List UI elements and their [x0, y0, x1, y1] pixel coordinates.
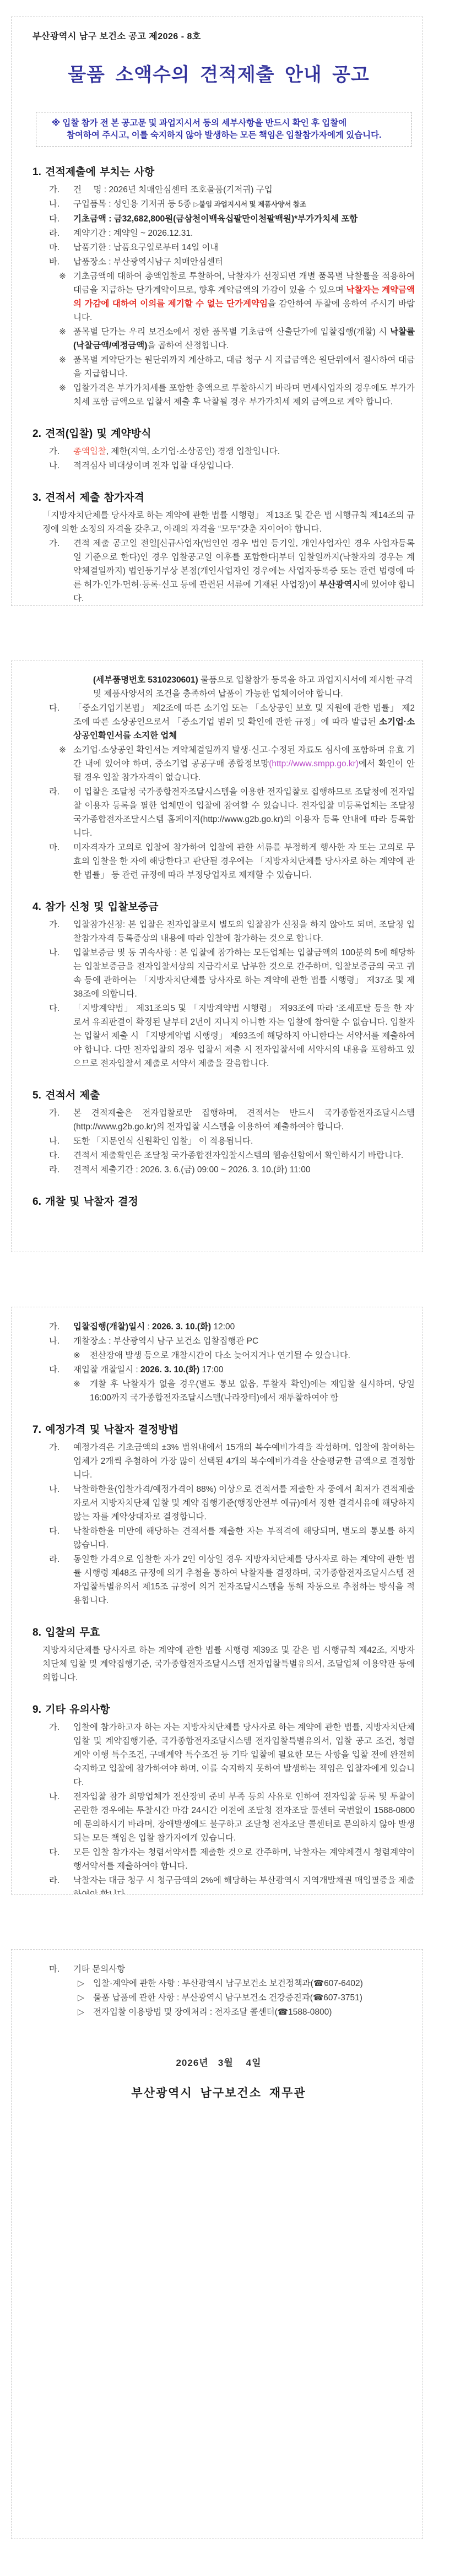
- signer-line: 부산광역시 남구보건소 재무관: [23, 2084, 415, 2101]
- list-item: ※품목별 계약단가는 원단위까지 계산하고, 대금 청구 시 지급금액은 원단위…: [23, 353, 415, 381]
- text-segment: 낙찰하한율 미만에 해당하는 견적서를 제출한 자는 부적격에 해당되며, 별도…: [73, 1527, 415, 1550]
- item-label: 라.: [49, 1163, 59, 1177]
- list-item: 나.전자입찰 참가 희망업체가 전산장비 준비 부족 등의 사유로 인하여 전자…: [23, 1790, 415, 1845]
- page-2: (세부품명번호 5310230601) 물품으로 입찰참가 등록을 하고 과업지…: [11, 661, 423, 1252]
- item-label: 나.: [49, 1482, 59, 1496]
- text-segment: 「지방자치단체를 당사자로 하는 계약에 관한 법률 시행령」 제13조 및 같…: [42, 511, 415, 534]
- page-3: 가.입찰집행(개찰)일시 : 2026. 3. 10.(화) 12:00나.개찰…: [11, 1307, 423, 1895]
- text-segment: 재입찰 개찰일시 :: [73, 1365, 140, 1374]
- list-item: ※품목별 단가는 우리 보건소에서 정한 품목별 기초금액 산출단가에 입찰집행…: [23, 325, 415, 353]
- text-segment: 본 견적제출은 전자입찰로만 집행하며, 견적서는 반드시 국가종합전자조달시스…: [73, 1108, 415, 1132]
- text-segment: 입찰·계약에 관한 사항 : 부산광역시 남구보건소 보건정책과(☎607-64…: [93, 1979, 363, 1988]
- list-item: 가.입찰참가신청: 본 입찰은 전자입찰로서 별도의 입찰참가 신청을 하지 않…: [23, 918, 415, 945]
- text-segment: 적격심사 비대상이며 전자 입찰 대상입니다.: [73, 461, 234, 470]
- text-segment: 입찰보증금 및 동 귀속사항 : 본 입찰에 참가하는 모든업체는 입찰금액의 …: [73, 948, 415, 999]
- text-segment: 전산장애 발생 등으로 개찰시간이 다소 늦어지거나 연기될 수 있습니다.: [90, 1351, 350, 1360]
- text-segment: 물품 납품에 관한 사항 : 부산광역시 남구보건소 건강증진과(☎607-37…: [93, 1993, 362, 2003]
- item-label: 다.: [49, 701, 59, 715]
- spacer: [23, 2020, 415, 2030]
- item-label: ※: [59, 381, 66, 395]
- item-label: ▷: [78, 2005, 84, 2019]
- list-item: ※입찰가격은 부가가치세를 포함한 총액으로 투찰하시기 바라며 면세사업자의 …: [23, 381, 415, 409]
- item-label: 나.: [49, 1134, 59, 1148]
- list-item: 다.「중소기업기본법」 제2조에 따른 소기업 또는 「소상공인 보호 및 지원…: [23, 701, 415, 743]
- paragraph: 「지방자치단체를 당사자로 하는 계약에 관한 법률 시행령」 제13조 및 같…: [42, 508, 415, 536]
- list-item: 나.또한 「지문인식 신원확인 입찰」 이 적용됩니다.: [23, 1134, 415, 1148]
- list-item: ▷입찰·계약에 관한 사항 : 부산광역시 남구보건소 보건정책과(☎607-6…: [23, 1977, 415, 1990]
- text-segment: 2026. 3. 10.(화): [152, 1322, 211, 1332]
- section-heading: 6. 개찰 및 낙찰자 결정: [32, 1193, 415, 1208]
- item-label: 라.: [49, 1552, 59, 1566]
- list-item: 라.견적서 제출기간 : 2026. 3. 6.(금) 09:00 ~ 2026…: [23, 1163, 415, 1177]
- item-label: 다.: [49, 1149, 59, 1162]
- list-item: 라.이 입찰은 조달청 국가종합전자조달시스템을 이용한 전자입찰로 집행하므로…: [23, 785, 415, 840]
- text-segment: 입찰집행(개찰)일시: [73, 1322, 145, 1332]
- section-heading: 4. 참가 신청 및 입찰보증금: [32, 899, 415, 913]
- list-item: 나.낙찰하한율(입찰가격/예정가격이 88%) 이상으로 견적서를 제출한 자 …: [23, 1482, 415, 1524]
- notice-line: 참여하여 주시고, 이를 숙지하지 않아 발생하는 모든 책임은 입찰참가자에게…: [52, 129, 403, 142]
- text-segment: 전자입찰 이용방법 및 장애처리 : 전자조달 콜센터(☎1588-0800): [93, 2007, 332, 2017]
- text-segment: 이 입찰은 조달청 국가종합전자조달시스템을 이용한 전자입찰로 집행하므로 조…: [73, 787, 415, 838]
- item-label: ※: [59, 325, 66, 339]
- text-segment: 부산광역시: [319, 580, 360, 589]
- item-label: 다.: [49, 212, 59, 226]
- item-label: 가.: [49, 183, 59, 197]
- item-label: 나.: [49, 1790, 59, 1804]
- text-segment: 을 곱하여 산정합니다.: [147, 341, 229, 350]
- text-segment: 입찰에 참가하고자 하는 자는 지방자치단체를 당사자로 하는 계약에 관한 법…: [73, 1723, 415, 1787]
- item-label: 라.: [49, 1874, 59, 1887]
- text-segment: 12:00: [211, 1322, 235, 1332]
- continued-paragraph: (세부품명번호 5310230601) 물품으로 입찰참가 등록을 하고 과업지…: [23, 673, 415, 701]
- text-segment: 계약기간 : 계약일 ~ 2026.12.31.: [73, 229, 193, 238]
- list-item: 라.동일한 가격으로 입찰한 자가 2인 이상일 경우 지방자치단체를 당사자로…: [23, 1552, 415, 1608]
- list-item: 나.적격심사 비대상이며 전자 입찰 대상입니다.: [23, 459, 415, 473]
- list-item: ▷전자입찰 이용방법 및 장애처리 : 전자조달 콜센터(☎1588-0800): [23, 2005, 415, 2019]
- date-line: 2026년 3월 4일: [23, 2055, 415, 2069]
- text-segment: 총액입찰: [73, 447, 106, 456]
- item-label: 다.: [49, 1524, 59, 1538]
- item-label: 나.: [49, 459, 59, 473]
- list-item: 마.납품기한 : 납품요구일로부터 14일 이내: [23, 241, 415, 255]
- list-item: 가.건 명 : 2026년 치매안심센터 조호물품(기저귀) 구입: [23, 183, 415, 197]
- text-segment: 낙찰하한율(입찰가격/예정가격이 88%) 이상으로 견적서를 제출한 자 중에…: [73, 1485, 415, 1522]
- text-segment: 2026. 3. 10.(화): [140, 1365, 199, 1374]
- text-segment: 또한 「지문인식 신원확인 입찰」 이 적용됩니다.: [73, 1137, 253, 1146]
- list-item: 다.모든 입찰 참가자는 청렴서약서를 제출한 것으로 간주하며, 낙찰자는 계…: [23, 1846, 415, 1873]
- item-label: 가.: [49, 1320, 59, 1334]
- item-label: 나.: [49, 946, 59, 960]
- list-item: 다.기초금액 : 금32,682,800원(금삼천이백육십팔만이천팔백원)*부가…: [23, 212, 415, 226]
- text-segment: (세부품명번호 5310230601): [93, 675, 198, 685]
- list-item: 가.예정가격은 기초금액의 ±3% 범위내에서 15개의 복수예비가격을 작성하…: [23, 1441, 415, 1482]
- text-segment: 예정가격은 기초금액의 ±3% 범위내에서 15개의 복수예비가격을 작성하며,…: [73, 1443, 415, 1480]
- document-title: 물품 소액수의 견적제출 안내 공고: [23, 59, 415, 86]
- item-label: 가.: [49, 918, 59, 932]
- item-label: 가.: [49, 445, 59, 458]
- doc-header-line: 부산광역시 남구 보건소 공고 제2026 - 8호: [32, 29, 415, 42]
- list-item: 다.견적서 제출확인은 조달청 국가종합전자입찰시스템의 웹송신함에서 확인하시…: [23, 1149, 415, 1162]
- list-item: 가.입찰집행(개찰)일시 : 2026. 3. 10.(화) 12:00: [23, 1320, 415, 1334]
- text-segment: 견적서 제출확인은 조달청 국가종합전자입찰시스템의 웹송신함에서 확인하시기 …: [73, 1151, 403, 1160]
- item-label: 라.: [49, 226, 59, 240]
- text-segment: 전자입찰 참가 희망업체가 전산장비 준비 부족 등의 사유로 인하여 전자입찰…: [73, 1792, 415, 1843]
- item-label: 가.: [49, 1720, 59, 1734]
- section-heading: 1. 견적제출에 부치는 사항: [32, 164, 415, 178]
- list-item: 다.재입찰 개찰일시 : 2026. 3. 10.(화) 17:00: [23, 1363, 415, 1377]
- item-label: ※: [59, 743, 66, 757]
- text-segment: ▷붙임 과업지시서 및 제품사양서 참조: [193, 201, 306, 208]
- item-label: 라.: [49, 785, 59, 799]
- paragraph: 지방자치단체를 당사자로 하는 계약에 관한 법률 시행령 제39조 및 같은 …: [42, 1643, 415, 1685]
- list-item: ※개찰 후 낙찰자가 없을 경우(별도 통보 없음, 투찰자 확인)에는 재입찰…: [23, 1377, 415, 1405]
- text-segment: 「지방계약법」 제31조의5 및 「지방계약법 시행령」 제93조에 따라 ‘조…: [73, 1004, 415, 1068]
- item-label: ※: [59, 353, 66, 367]
- item-label: ▷: [78, 1977, 84, 1990]
- announcement-document: 부산광역시 남구 보건소 공고 제2026 - 8호물품 소액수의 견적제출 안…: [0, 17, 455, 2539]
- list-item: 가.본 견적제출은 전자입찰로만 집행하며, 견적서는 반드시 국가종합전자조달…: [23, 1106, 415, 1134]
- text-segment: 입찰참가신청: 본 입찰은 전자입찰로서 별도의 입찰참가 신청을 하지 않아도…: [73, 920, 415, 943]
- text-segment: 품목별 계약단가는 원단위까지 계산하고, 대금 청구 시 지급금액은 원단위에…: [73, 355, 415, 378]
- text-segment: 17:00: [199, 1365, 223, 1374]
- text-segment: 지방자치단체를 당사자로 하는 계약에 관한 법률 시행령 제39조 및 같은 …: [42, 1646, 415, 1682]
- section-heading: 7. 예정가격 및 낙찰자 결정방법: [32, 1421, 415, 1436]
- list-item: ※소기업·소상공인 확인서는 계약체결일까지 발생·신고·수정된 자료도 심사에…: [23, 743, 415, 784]
- item-label: 나.: [49, 197, 59, 211]
- text-segment: :: [145, 1322, 152, 1332]
- item-label: ▷: [78, 1991, 84, 2005]
- list-item: 가.총액입찰, 제한(지역, 소기업·소상공인) 경쟁 입찰입니다.: [23, 445, 415, 458]
- item-label: 가.: [49, 1441, 59, 1454]
- list-item: ▷물품 납품에 관한 사항 : 부산광역시 남구보건소 건강증진과(☎607-3…: [23, 1991, 415, 2005]
- list-item: 마.기타 문의사항: [23, 1962, 415, 1976]
- text-segment: 개찰 후 낙찰자가 없을 경우(별도 통보 없음, 투찰자 확인)에는 재입찰 …: [90, 1379, 415, 1403]
- text-segment: 기초금액 : 금32,682,800원(금삼천이백육십팔만이천팔백원)*부가가치…: [73, 214, 357, 224]
- notice-box: ※ 입찰 참가 전 본 공고문 및 과업지시서 등의 세부사항을 반드시 확인 …: [36, 112, 411, 147]
- text-segment: 모든 입찰 참가자는 청렴서약서를 제출한 것으로 간주하며, 낙찰자는 계약체…: [73, 1848, 415, 1871]
- text-segment: 견적서 제출기간 : 2026. 3. 6.(금) 09:00 ~ 2026. …: [73, 1165, 310, 1175]
- item-label: 다.: [49, 1363, 59, 1377]
- list-item: 다.낙찰하한율 미만에 해당하는 견적서를 제출한 자는 부적격에 해당되며, …: [23, 1524, 415, 1552]
- text-segment: 납품기한 : 납품요구일로부터 14일 이내: [73, 243, 218, 252]
- item-label: ※: [73, 1349, 80, 1362]
- item-label: 가.: [49, 1106, 59, 1120]
- section-heading: 8. 입찰의 무효: [32, 1624, 415, 1639]
- text-segment: 구입품목 : 성인용 기저귀 등 5종: [73, 199, 193, 209]
- list-item: 나.구입품목 : 성인용 기저귀 등 5종 ▷붙임 과업지시서 및 제품사양서 …: [23, 197, 415, 212]
- item-label: ※: [59, 269, 66, 283]
- text-segment: 미자격자가 고의로 입찰에 참가하여 입찰에 관한 서류를 부정하게 행사한 자…: [73, 843, 415, 880]
- item-label: 바.: [49, 255, 59, 269]
- item-label: 다.: [49, 1002, 59, 1015]
- list-item: 바.납품장소 : 부산광역시남구 치매안심센터: [23, 255, 415, 269]
- item-label: 마.: [49, 241, 59, 255]
- text-segment: , 제한(지역, 소기업·소상공인) 경쟁 입찰입니다.: [106, 447, 280, 456]
- text-segment: (http://www.smpp.go.kr): [269, 759, 359, 769]
- text-segment: 품목별 단가는 우리 보건소에서 정한 품목별 기초금액 산출단가에 입찰집행(…: [73, 327, 390, 337]
- notice-line: ※ 입찰 참가 전 본 공고문 및 과업지시서 등의 세부사항을 반드시 확인 …: [52, 117, 403, 129]
- text-segment: 동일한 가격으로 입찰한 자가 2인 이상일 경우 지방자치단체를 당사자로 하…: [73, 1555, 415, 1605]
- list-item: 다.「지방계약법」 제31조의5 및 「지방계약법 시행령」 제93조에 따라 …: [23, 1002, 415, 1070]
- item-label: 나.: [49, 1334, 59, 1348]
- page-4: 마.기타 문의사항▷입찰·계약에 관한 사항 : 부산광역시 남구보건소 보건정…: [11, 1949, 423, 2539]
- item-label: 다.: [49, 1846, 59, 1859]
- section-heading: 9. 기타 유의사항: [32, 1701, 415, 1716]
- text-segment: 낙찰자는 대금 청구 시 청구금액의 2%에 해당하는 부산광역시 지역개발채권…: [73, 1876, 415, 1895]
- item-label: ※: [73, 1377, 80, 1391]
- list-item: ※전산장애 발생 등으로 개찰시간이 다소 늦어지거나 연기될 수 있습니다.: [23, 1349, 415, 1362]
- text-segment: 기타 문의사항: [73, 1965, 125, 1974]
- section-heading: 2. 견적(입찰) 및 계약방식: [32, 425, 415, 440]
- item-label: 마.: [49, 841, 59, 854]
- text-segment: 건 명 : 2026년 치매안심센터 조호물품(기저귀) 구입: [73, 185, 273, 194]
- list-item: ※기초금액에 대하여 총액입찰로 투찰하여, 낙찰자가 선정되면 개별 품목별 …: [23, 269, 415, 324]
- text-segment: 납품장소 : 부산광역시남구 치매안심센터: [73, 257, 223, 267]
- list-item: 나.개찰장소 : 부산광역시 남구 보건소 입찰집행관 PC: [23, 1334, 415, 1348]
- list-item: 라.낙찰자는 대금 청구 시 청구금액의 2%에 해당하는 부산광역시 지역개발…: [23, 1874, 415, 1895]
- text-segment: 개찰장소 : 부산광역시 남구 보건소 입찰집행관 PC: [73, 1336, 258, 1346]
- list-item: 가.입찰에 참가하고자 하는 자는 지방자치단체를 당사자로 하는 계약에 관한…: [23, 1720, 415, 1789]
- list-item: 나.입찰보증금 및 동 귀속사항 : 본 입찰에 참가하는 모든업체는 입찰금액…: [23, 946, 415, 1001]
- item-label: 마.: [49, 1962, 59, 1976]
- section-heading: 5. 견적서 제출: [32, 1087, 415, 1102]
- page-1: 부산광역시 남구 보건소 공고 제2026 - 8호물품 소액수의 견적제출 안…: [11, 17, 423, 606]
- text-segment: 입찰가격은 부가가치세를 포함한 총액으로 투찰하시기 바라며 면세사업자의 경…: [73, 383, 415, 407]
- section-heading: 3. 견적서 제출 참가자격: [32, 489, 415, 504]
- list-item: 가.견적 제출 공고일 전일[신규사업자(법인인 경우 법인 등기일, 개인사업…: [23, 537, 415, 605]
- list-item: 라.계약기간 : 계약일 ~ 2026.12.31.: [23, 226, 415, 240]
- item-label: 가.: [49, 537, 59, 550]
- text-segment: 「중소기업기본법」 제2조에 따른 소기업 또는 「소상공인 보호 및 지원에 …: [73, 703, 415, 727]
- list-item: 마.미자격자가 고의로 입찰에 참가하여 입찰에 관한 서류를 부정하게 행사한…: [23, 841, 415, 882]
